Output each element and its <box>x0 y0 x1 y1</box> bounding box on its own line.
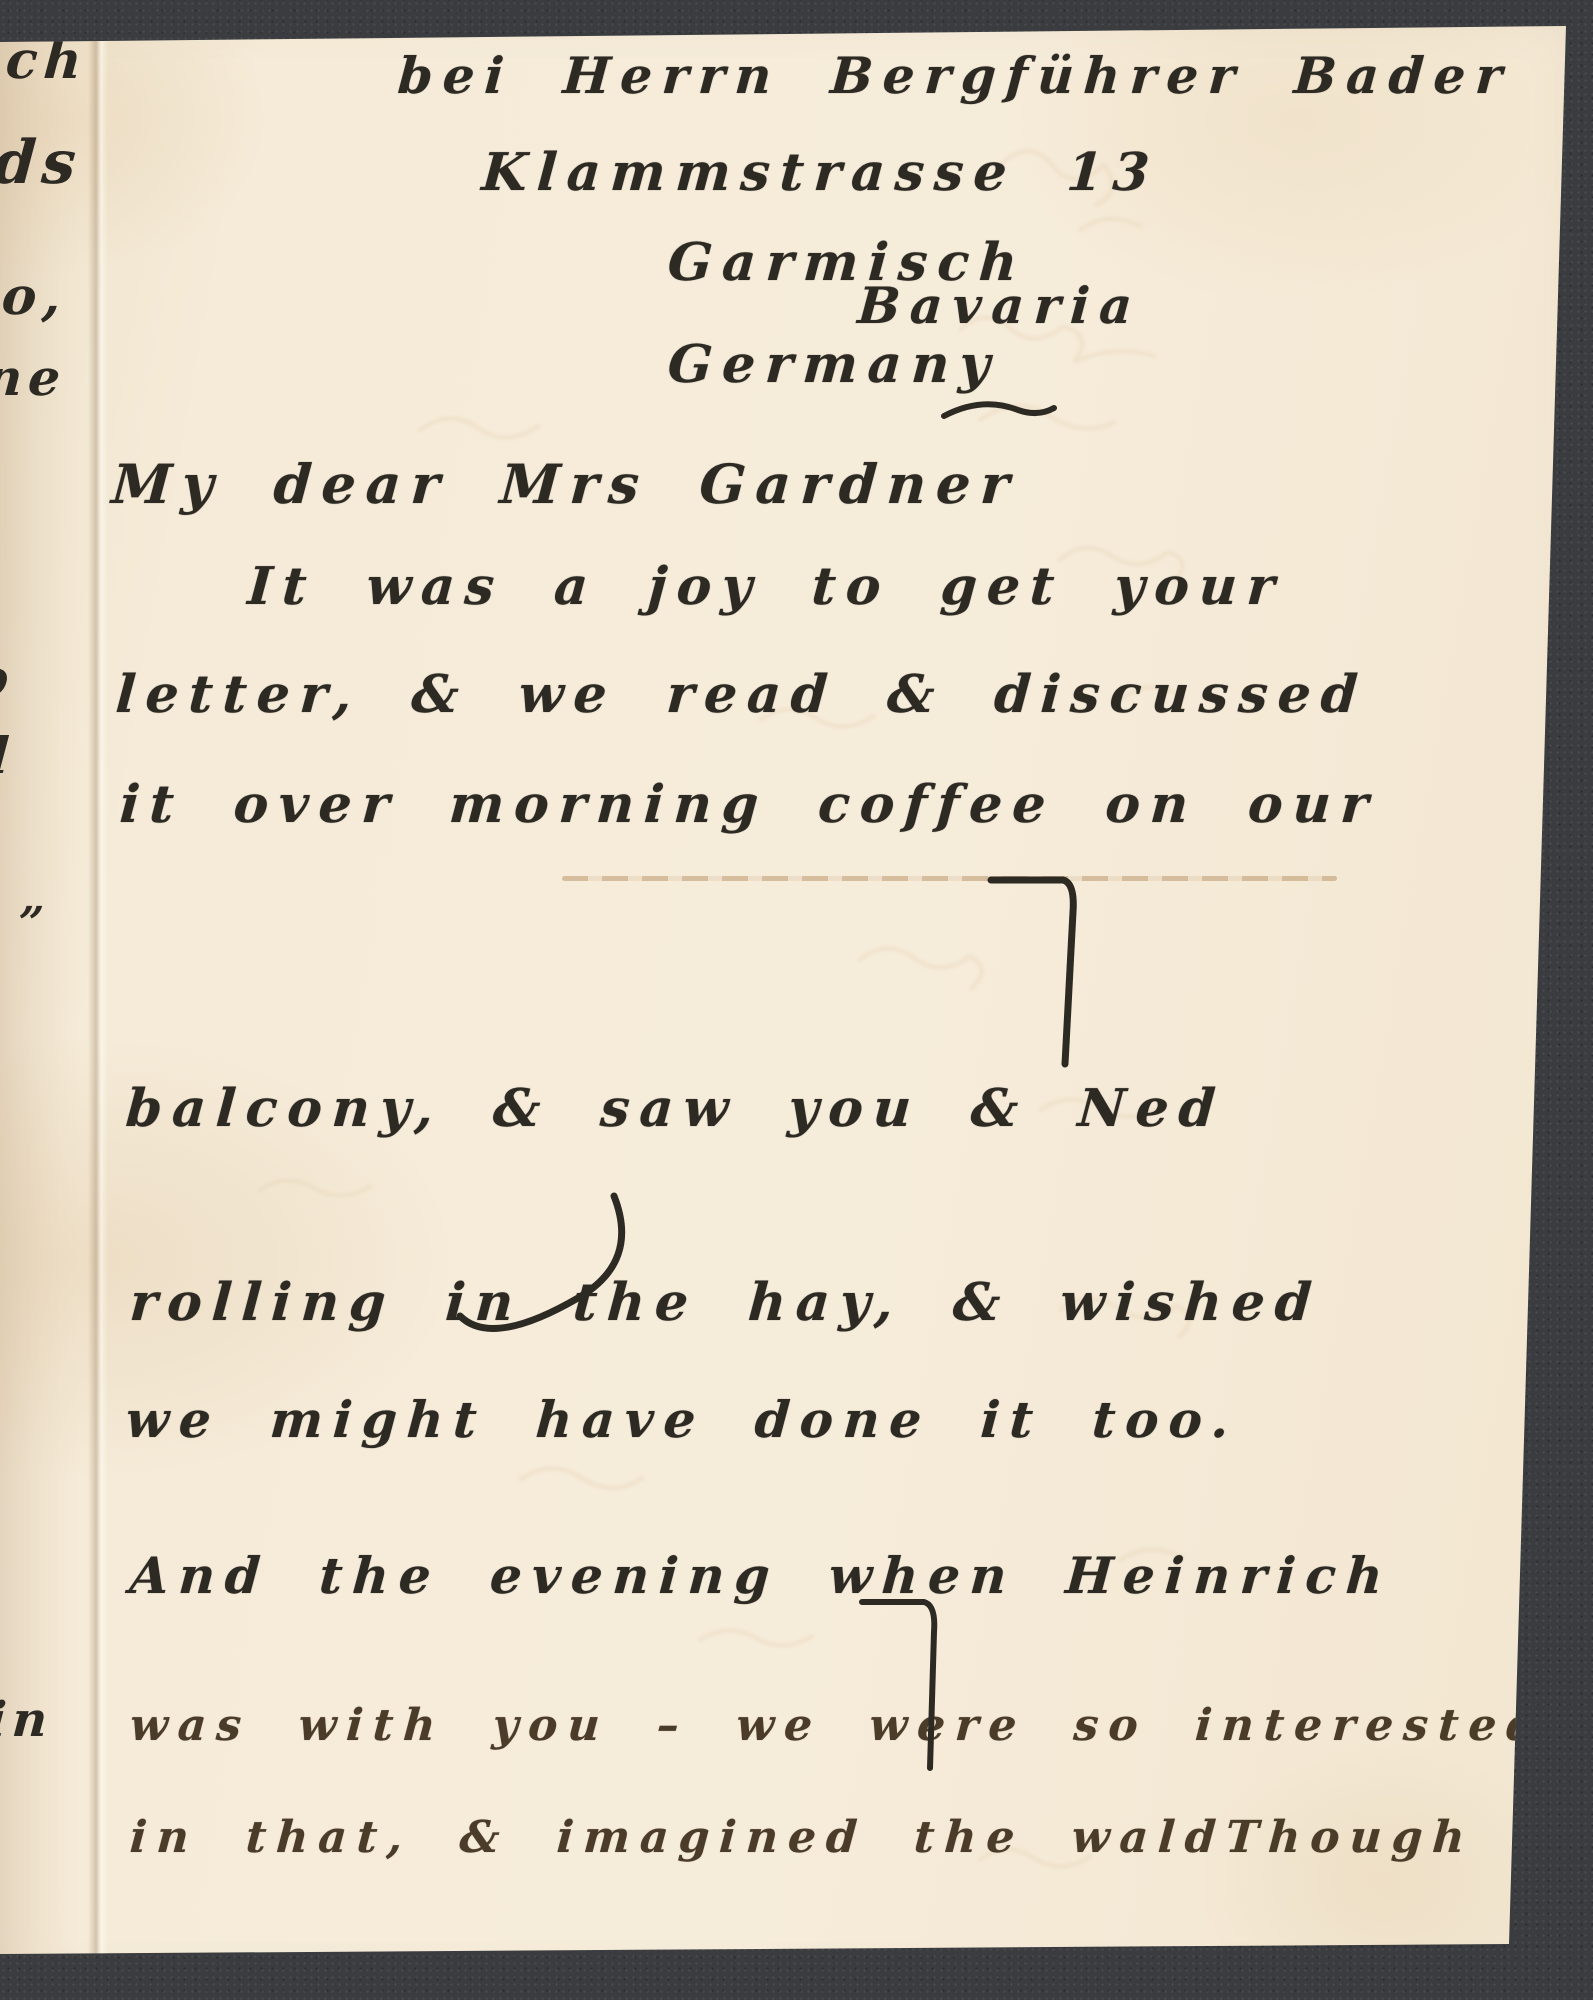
facing-page-fragment: ch <box>4 30 90 91</box>
salutation: My dear Mrs Gardner <box>110 452 1022 516</box>
facing-page-fragment: ne <box>0 348 68 407</box>
heading-line-street: Klammstrasse 13 <box>480 142 1161 203</box>
body-line: we might have done it too. <box>124 1390 1241 1449</box>
body-line: letter, & we read & discussed <box>114 664 1370 725</box>
facing-page-fragment: o, <box>0 266 69 327</box>
facing-page-fragment: ds <box>0 128 84 198</box>
body-line: balcony, & saw you & Ned <box>124 1078 1227 1139</box>
body-line: rolling in the hay, & wished <box>128 1272 1324 1333</box>
body-line: it over morning coffee on our <box>118 774 1380 835</box>
faded-ink-smear <box>562 876 1337 881</box>
fold-crease <box>88 30 108 1960</box>
body-line: was with you – we were so interested <box>128 1700 1549 1751</box>
body-line: And the evening when Heinrich <box>128 1546 1395 1605</box>
pen-flourish-balcony-swash <box>452 1188 632 1378</box>
pen-flourish-morning-tail <box>985 868 1105 1078</box>
pen-flourish-evening-tail <box>856 1592 966 1782</box>
facing-page-fragment: in <box>0 1692 55 1748</box>
heading-line-address: bei Herrn Bergführer Bader <box>396 46 1514 105</box>
photograph-of-letter: ch ds o, ne o l ” – – in bei Herrn Bergf… <box>0 0 1593 2000</box>
body-line: in that, & imagined the waldThough <box>128 1812 1476 1863</box>
heading-line-country: Germany <box>666 334 1002 395</box>
body-line: It was a joy to get your <box>246 556 1287 617</box>
pen-flourish-germany-underline <box>940 388 1060 428</box>
heading-line-region: Bavaria <box>856 276 1144 335</box>
facing-page-fragment: ” <box>16 898 51 949</box>
letter-page: ch ds o, ne o l ” – – in bei Herrn Bergf… <box>0 0 1593 2000</box>
